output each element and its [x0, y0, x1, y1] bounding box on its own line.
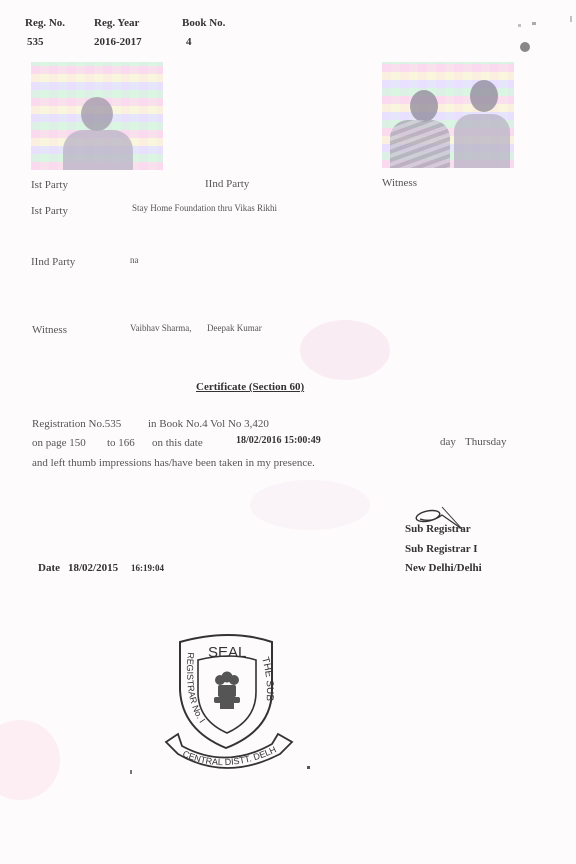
book-no-value: 4 [186, 36, 192, 48]
second-party-label: IInd Party [31, 256, 75, 268]
emblem-icon [214, 672, 240, 710]
person-head [410, 90, 438, 122]
signatory-location: New Delhi/Delhi [405, 562, 482, 574]
reg-no-label: Reg. No. [25, 17, 65, 29]
person-body [454, 114, 510, 168]
person-body [390, 120, 450, 168]
page-to: to 166 [107, 437, 135, 449]
person-head [81, 97, 113, 131]
ink-smudge [520, 42, 530, 52]
certificate-title: Certificate (Section 60) [196, 381, 304, 393]
person-body [63, 130, 133, 170]
thumb-impression-statement: and left thumb impressions has/have been… [32, 457, 315, 469]
book-vol-number: in Book No.4 Vol No 3,420 [148, 418, 269, 430]
ink-smudge [570, 16, 572, 22]
footer-date-label: Date [38, 562, 60, 574]
first-party-value: Stay Home Foundation thru Vikas Rikhi [132, 203, 277, 213]
witness-label: Witness [32, 324, 67, 336]
signatory-title: Sub Registrar [405, 523, 471, 535]
seal-top-text: SEAL [208, 644, 246, 661]
footer-time-value: 16:19:04 [131, 563, 164, 573]
ink-smudge [532, 22, 536, 25]
background-stain [0, 720, 60, 800]
ink-dot [307, 766, 310, 769]
ink-smudge [518, 24, 521, 27]
signatory-office: Sub Registrar I [405, 543, 478, 555]
first-party-photo [31, 62, 163, 170]
footer-date-value: 18/02/2015 [68, 562, 118, 574]
day-label: day [440, 436, 456, 448]
reg-year-label: Reg. Year [94, 17, 139, 29]
background-stain [300, 320, 390, 380]
witness-photo-caption: Witness [382, 177, 417, 189]
witness-value-1: Vaibhav Sharma, [130, 323, 191, 333]
reg-no-value: 535 [27, 36, 44, 48]
official-seal: SEAL REGISTRAR No. I THE SUB CENTRAL DIS… [160, 630, 300, 780]
second-party-value: na [130, 255, 139, 265]
ink-dot [130, 770, 132, 774]
seal-left-text: REGISTRAR No. I [185, 652, 207, 725]
witness-photo [382, 62, 514, 168]
registration-number: Registration No.535 [32, 418, 121, 430]
reg-year-value: 2016-2017 [94, 36, 142, 48]
background-stain [250, 480, 370, 530]
registration-datetime: 18/02/2016 15:00:49 [236, 435, 321, 446]
witness-value-2: Deepak Kumar [207, 323, 262, 333]
day-value: Thursday [465, 436, 507, 448]
date-label: on this date [152, 437, 203, 449]
book-no-label: Book No. [182, 17, 225, 29]
first-party-label: Ist Party [31, 205, 68, 217]
person-head [470, 80, 498, 112]
first-party-photo-caption: Ist Party [31, 179, 68, 191]
second-party-photo-caption: IInd Party [205, 178, 249, 190]
page-from: on page 150 [32, 437, 86, 449]
svg-text:REGISTRAR No. I: REGISTRAR No. I [185, 652, 207, 725]
